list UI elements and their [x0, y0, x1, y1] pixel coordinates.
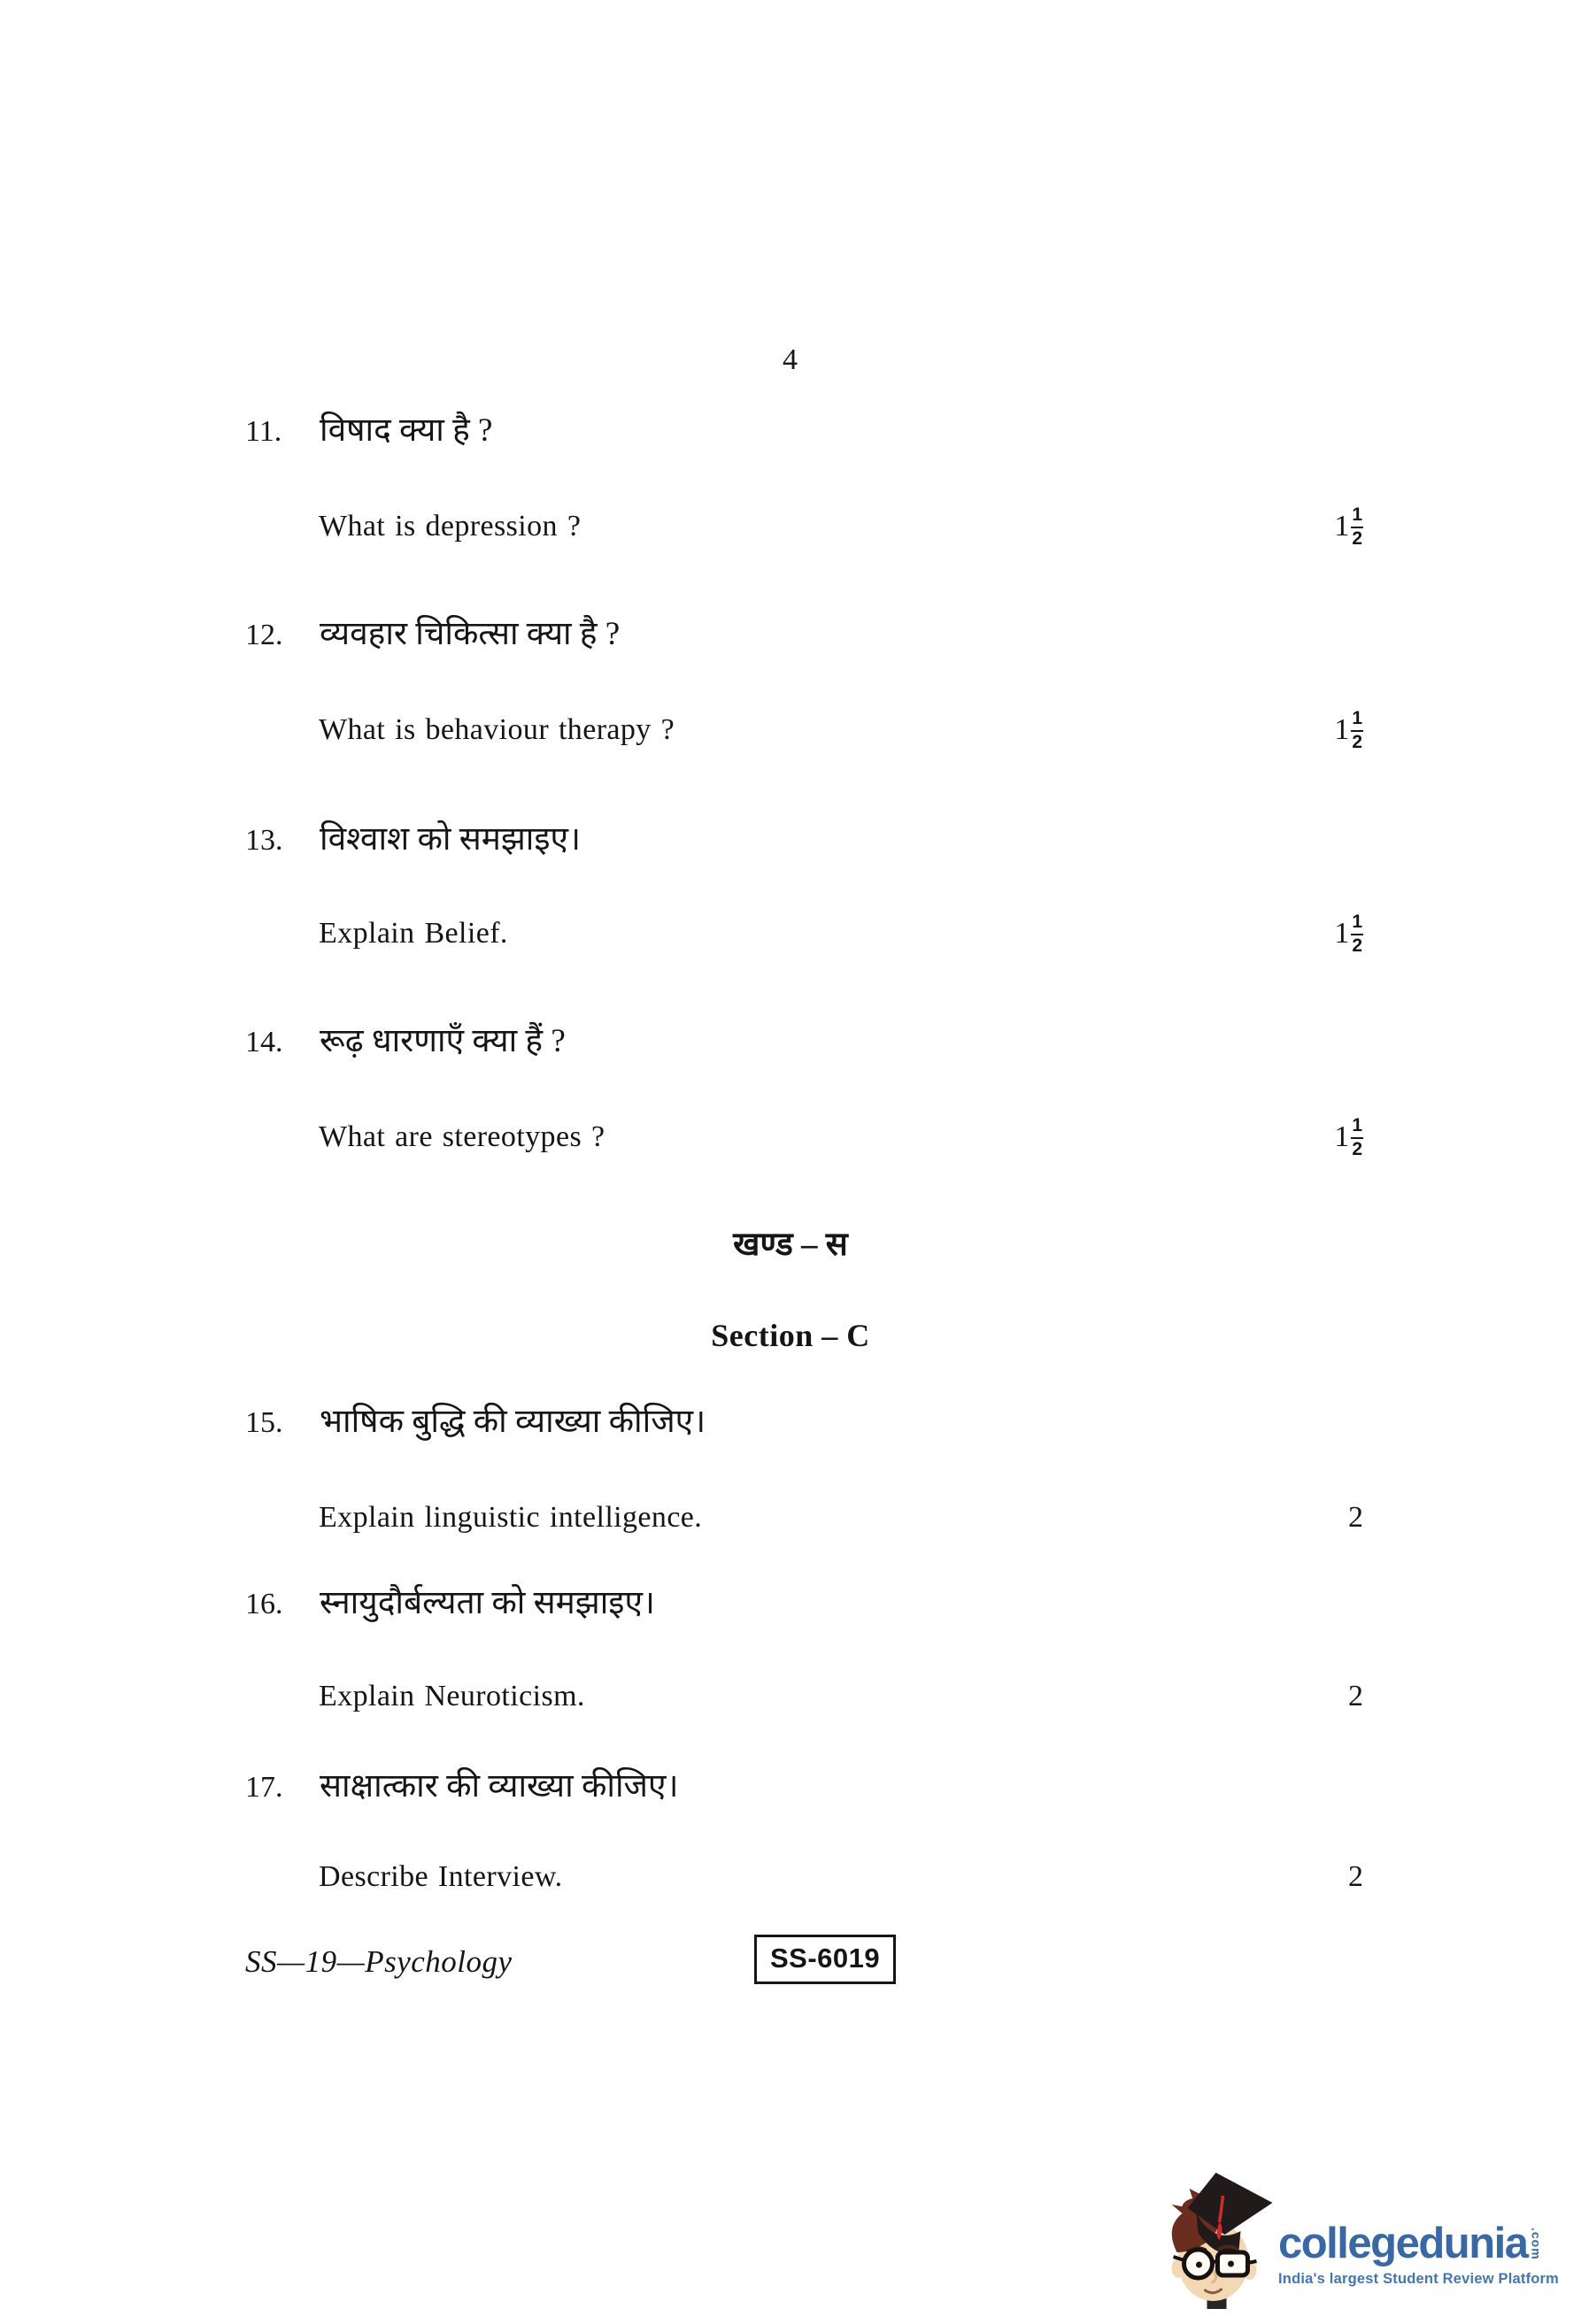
- question-14-english-text: What are stereotypes ?: [319, 1120, 605, 1153]
- collegedunia-mascot-icon: [1161, 2173, 1275, 2314]
- question-12-number: 12.: [245, 619, 320, 652]
- question-11-number: 11.: [245, 415, 320, 449]
- question-14-hindi-text: रूढ़ धारणाएँ क्या हैं ?: [320, 1023, 566, 1059]
- question-17-english-text: Describe Interview.: [319, 1860, 563, 1893]
- question-13-marks: 112: [1334, 912, 1363, 956]
- collegedunia-wordmark: collegedunia: [1278, 2222, 1528, 2266]
- marks-fraction: 12: [1351, 912, 1363, 956]
- question-15-english-text: Explain linguistic intelligence.: [319, 1501, 702, 1534]
- question-13-number: 13.: [245, 824, 320, 858]
- question-11-english-line: What is depression ? 112: [0, 510, 1581, 543]
- question-17-marks: 2: [1348, 1860, 1363, 1894]
- question-11-hindi-line: 11.विषाद क्या है ?: [0, 405, 1581, 450]
- question-16-hindi-text: स्नायुदौर्बल्यता को समझाइए।: [320, 1585, 655, 1621]
- collegedunia-logo: collegedunia .com India's largest Studen…: [1161, 2173, 1559, 2314]
- marks-whole: 1: [1334, 917, 1349, 950]
- question-14-hindi-line: 14.रूढ़ धारणाएँ क्या हैं ?: [0, 1016, 1581, 1061]
- question-12-hindi-line: 12.व्यवहार चिकित्सा क्या है ?: [0, 609, 1581, 654]
- question-16-marks: 2: [1348, 1680, 1363, 1713]
- marks-whole: 1: [1334, 1120, 1349, 1154]
- marks-whole: 1: [1334, 713, 1349, 747]
- question-17-english-line: Describe Interview. 2: [0, 1860, 1581, 1894]
- question-12-english-line: What is behaviour therapy ? 112: [0, 713, 1581, 747]
- question-12-hindi-text: व्यवहार चिकित्सा क्या है ?: [320, 616, 620, 652]
- marks-whole: 1: [1334, 510, 1349, 543]
- collegedunia-tld: .com: [1531, 2228, 1543, 2260]
- question-17-hindi-line: 17.साक्षात्कार की व्याख्या कीजिए।: [0, 1761, 1581, 1806]
- question-11-marks: 112: [1334, 504, 1363, 549]
- question-12-marks: 112: [1334, 708, 1363, 752]
- question-13-english-line: Explain Belief. 112: [0, 917, 1581, 950]
- question-14-english-line: What are stereotypes ? 112: [0, 1120, 1581, 1154]
- marks-fraction: 12: [1351, 504, 1363, 549]
- question-15-marks: 2: [1348, 1501, 1363, 1535]
- section-heading-hindi: खण्ड – स: [0, 1220, 1581, 1265]
- question-17-number: 17.: [245, 1771, 320, 1805]
- page-footer: SS—19—Psychology SS-6019: [0, 1935, 1581, 1997]
- marks-fraction: 12: [1351, 708, 1363, 752]
- exam-paper-page: 4 11.विषाद क्या है ? What is depression …: [0, 0, 1581, 2324]
- question-11-english-text: What is depression ?: [319, 510, 581, 543]
- question-15-english-line: Explain linguistic intelligence. 2: [0, 1501, 1581, 1535]
- question-15-hindi-line: 15.भाषिक बुद्धि की व्याख्या कीजिए।: [0, 1397, 1581, 1442]
- page-number: 4: [0, 343, 1581, 377]
- question-15-number: 15.: [245, 1406, 320, 1440]
- question-15-hindi-text: भाषिक बुद्धि की व्याख्या कीजिए।: [320, 1404, 706, 1440]
- booklet-code-box: SS-6019: [754, 1935, 896, 1984]
- question-16-hindi-line: 16.स्नायुदौर्बल्यता को समझाइए।: [0, 1578, 1581, 1623]
- question-13-hindi-line: 13.विश्वाश को समझाइए।: [0, 814, 1581, 859]
- question-16-english-text: Explain Neuroticism.: [319, 1680, 585, 1712]
- question-11-hindi-text: विषाद क्या है ?: [320, 412, 492, 449]
- marks-fraction: 12: [1351, 1115, 1363, 1159]
- section-heading-english: Section – C: [0, 1317, 1581, 1354]
- collegedunia-tagline: India's largest Student Review Platform: [1278, 2271, 1559, 2288]
- question-12-english-text: What is behaviour therapy ?: [319, 713, 675, 746]
- question-13-english-text: Explain Belief.: [319, 917, 508, 950]
- question-17-hindi-text: साक्षात्कार की व्याख्या कीजिए।: [320, 1768, 678, 1805]
- question-13-hindi-text: विश्वाश को समझाइए।: [320, 821, 581, 858]
- paper-code: SS—19—Psychology: [245, 1944, 513, 1980]
- collegedunia-logo-text: collegedunia .com India's largest Studen…: [1278, 2222, 1559, 2288]
- question-14-number: 14.: [245, 1026, 320, 1059]
- question-16-english-line: Explain Neuroticism. 2: [0, 1680, 1581, 1713]
- question-14-marks: 112: [1334, 1115, 1363, 1159]
- question-16-number: 16.: [245, 1588, 320, 1621]
